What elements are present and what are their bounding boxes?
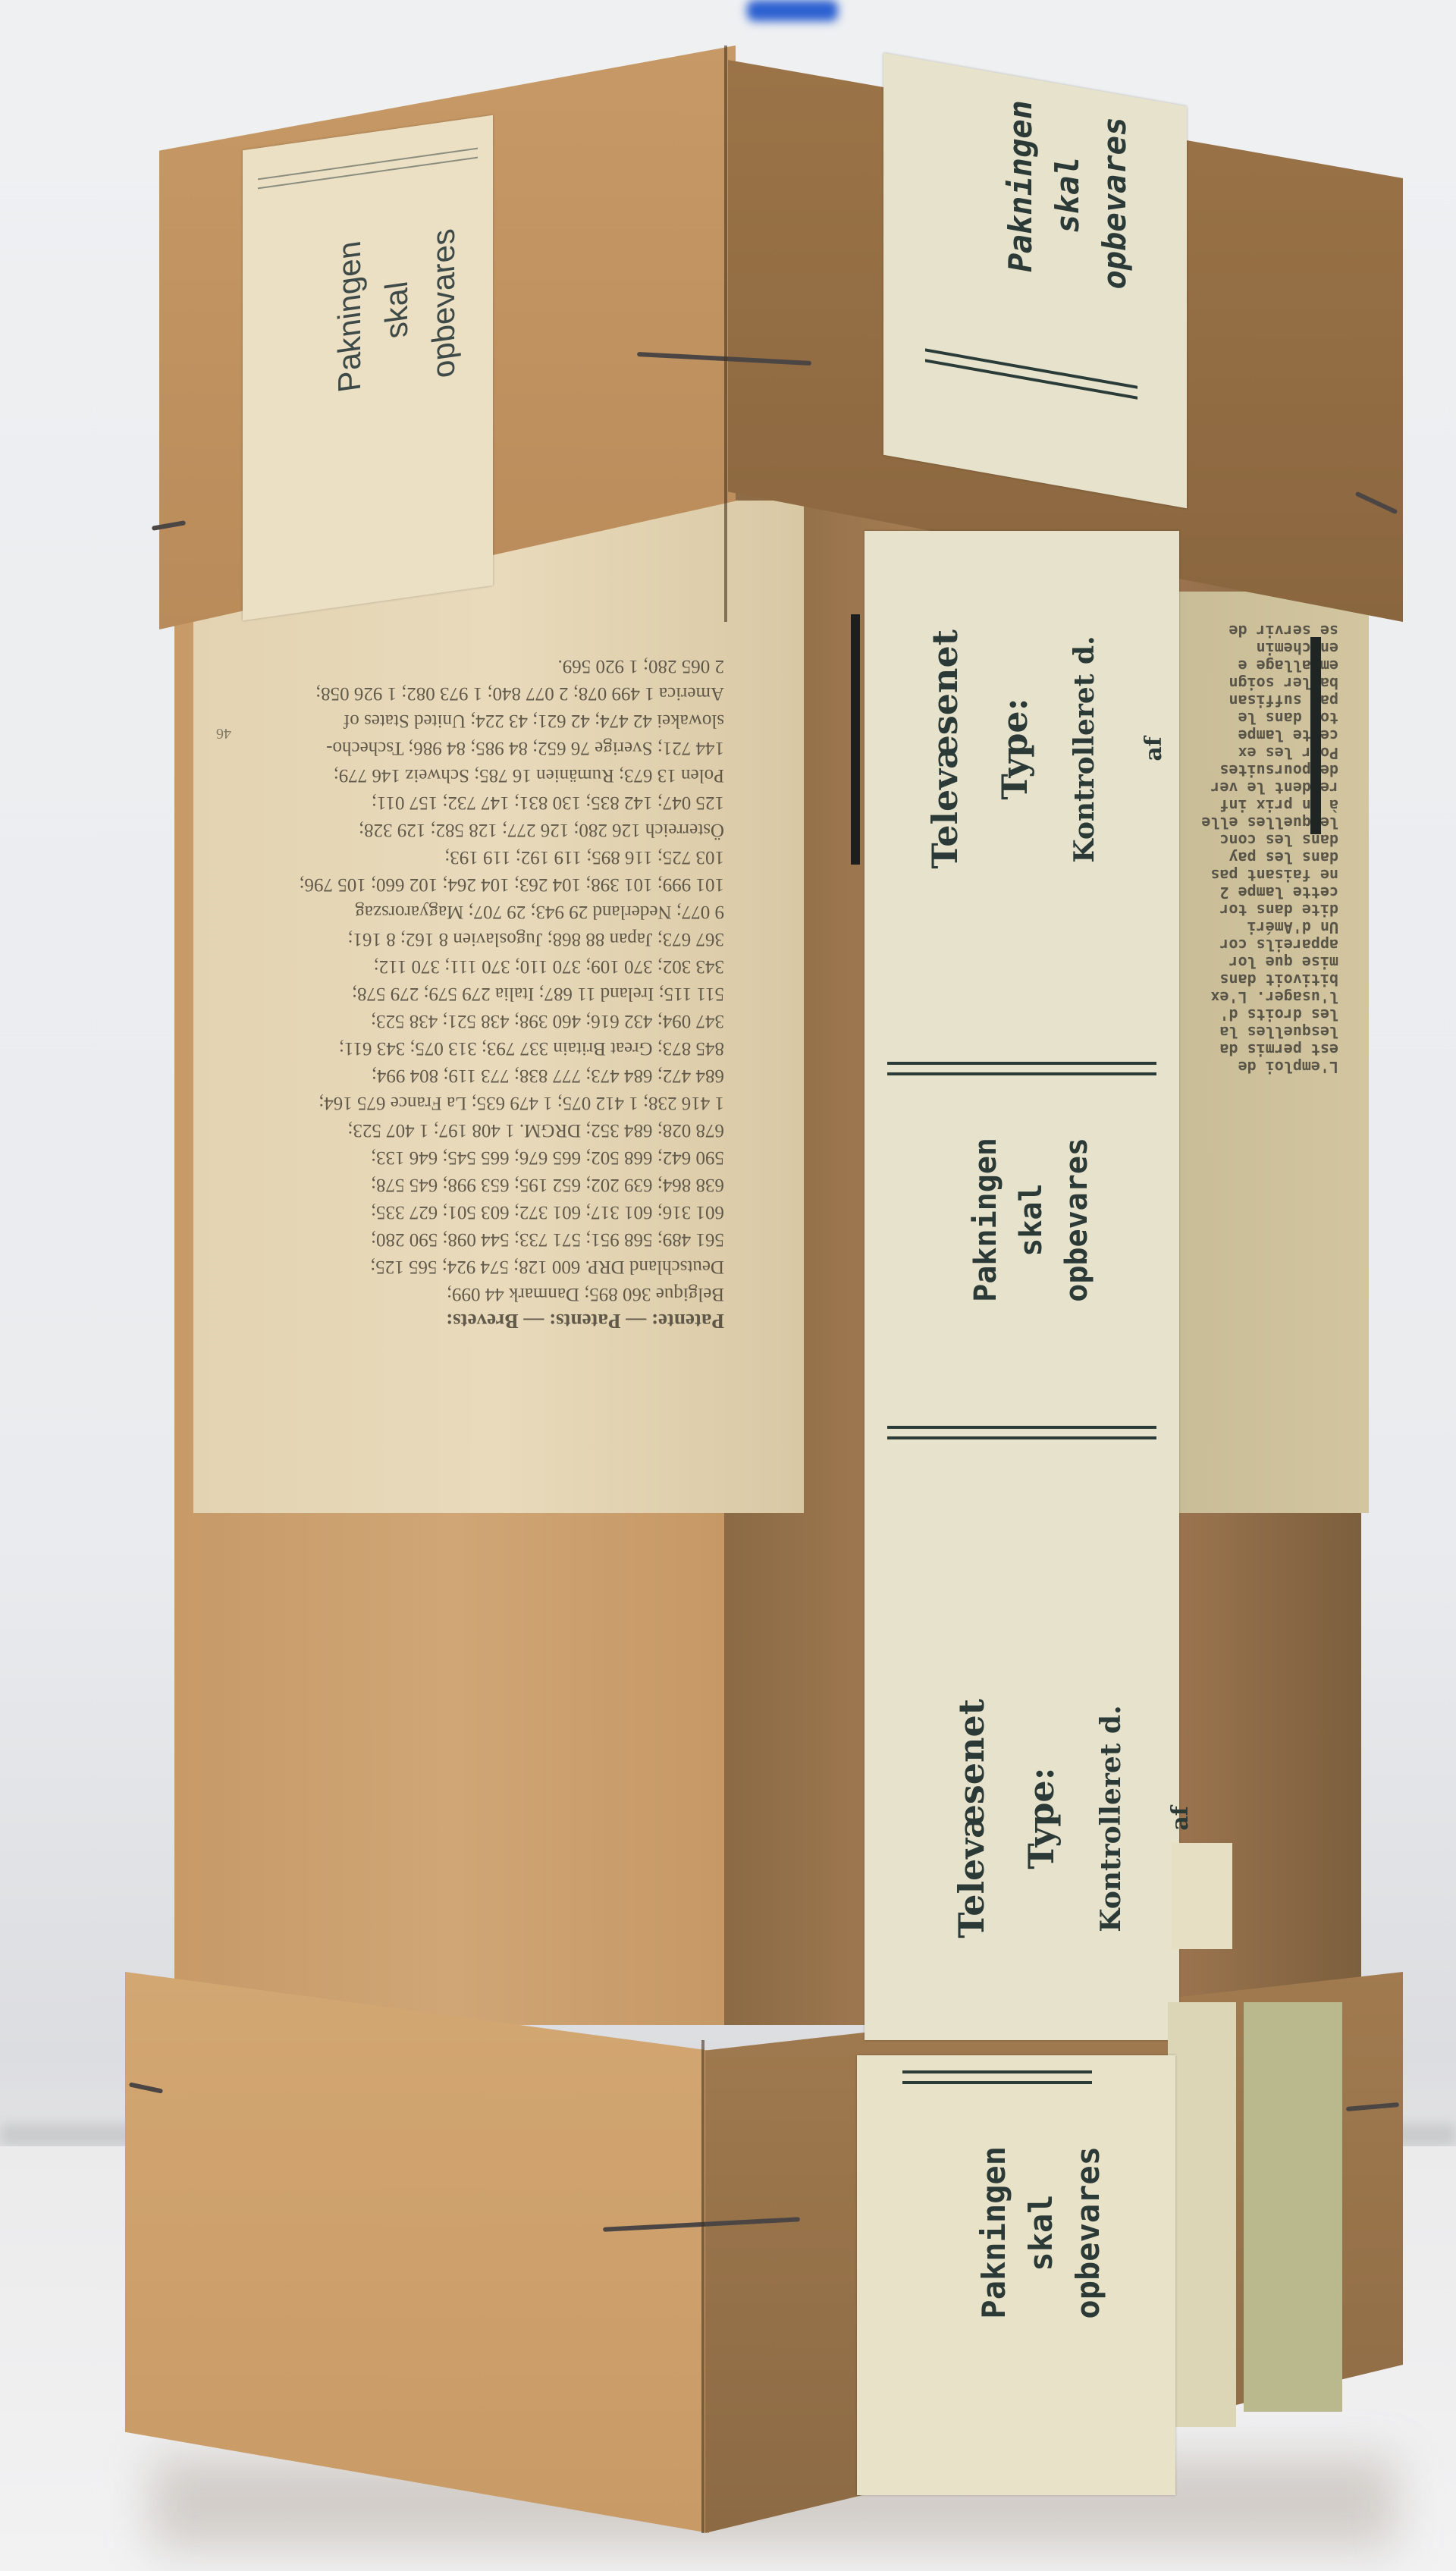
tape-label-top-right: Pakningen skal opbevares <box>883 53 1187 509</box>
french-line: L'emploi de <box>1202 1058 1338 1075</box>
french-line: dans les pay <box>1202 849 1338 866</box>
storage-notice: Pakningen skal opbevares <box>326 225 467 396</box>
label-line: opbevares <box>1054 1138 1100 1302</box>
televaesenet-title: Televæsenet <box>937 1699 1006 1938</box>
checked-field: Kontrolleret d. <box>1076 1699 1146 1938</box>
patent-line: Deutschland DRP. 600 128; 574 924; 565 1… <box>254 1253 724 1280</box>
storage-notice: Pakningen skal opbevares <box>971 2146 1112 2319</box>
patent-line: 347 094; 432 616; 460 398; 438 521; 438 … <box>254 1007 724 1034</box>
label-line: Pakningen <box>326 238 373 395</box>
patent-line: 511 115; Ireland 11 687; Italia 279 579;… <box>254 980 724 1007</box>
double-rule <box>887 1426 1156 1439</box>
by-field: af <box>1119 629 1189 869</box>
tape-label-bottom: Pakningen skal opbevares <box>857 2055 1175 2495</box>
torn-tape-fragment <box>1168 2002 1236 2427</box>
double-rule <box>258 148 478 190</box>
page-number: 46 <box>216 724 231 742</box>
checked-field: Kontrolleret d. <box>1050 629 1119 869</box>
blue-object-background <box>747 0 838 21</box>
french-line: mise que lor <box>1202 953 1338 971</box>
box-corner-edge <box>724 46 727 622</box>
label-line: opbevares <box>1091 112 1138 294</box>
patent-line: 678 028; 684 352; DRGM. 1 408 197; 1 407… <box>254 1116 724 1144</box>
televaesenet-label-upper: Televæsenet Type: Kontrolleret d. af <box>910 629 1189 869</box>
patent-line: 1 416 238; 1 412 075; 1 479 635; La Fran… <box>254 1089 724 1116</box>
type-field: Type: <box>1006 1699 1076 1938</box>
patent-line: Belgique 360 895; Danmark 44 099; <box>254 1280 724 1307</box>
patent-line: slowakei 42 474; 42 621; 43 224; United … <box>254 707 724 734</box>
french-line: cette lampe 2 <box>1202 884 1338 901</box>
torn-tape-fragment <box>1172 1843 1232 1949</box>
label-line: skal <box>1018 2146 1065 2319</box>
patent-list: Patente: — Patents: — Brevets: Belgique … <box>254 652 724 1335</box>
tape-label-top-left: Pakningen skal opbevares <box>243 115 493 620</box>
black-rule <box>1310 637 1321 834</box>
french-line: bitivoit dans <box>1202 971 1338 988</box>
black-rule <box>851 614 860 865</box>
patent-line: Polen 13 673; Rumänien 16 785; Schweiz 1… <box>254 761 724 789</box>
storage-notice: Pakningen skal opbevares <box>963 1138 1100 1302</box>
label-line: opbevares <box>1065 2146 1112 2319</box>
patent-line: 845 873; Great Britain 337 793; 313 075;… <box>254 1034 724 1062</box>
french-line: est permis da <box>1202 1041 1338 1058</box>
box-corner-edge <box>701 2040 704 2533</box>
french-line: appareils cor <box>1202 936 1338 953</box>
double-rule <box>902 2070 1092 2084</box>
patent-heading: Patente: — Patents: — Brevets: <box>254 1307 724 1335</box>
patent-line: 9 077; Nederland 29 943; 29 707; Magyaro… <box>254 898 724 925</box>
label-line: Pakningen <box>971 2146 1018 2319</box>
patent-line: 638 864; 639 202; 652 195; 653 998; 645 … <box>254 1171 724 1198</box>
double-rule <box>925 348 1137 399</box>
label-line: skal <box>1009 1138 1054 1302</box>
patent-line: 101 999; 101 398; 104 263; 104 264; 102 … <box>254 871 724 898</box>
patent-line: 343 302; 370 109; 370 110; 370 111; 370 … <box>254 953 724 980</box>
patent-line: America 1 499 078; 2 077 840; 1 973 082;… <box>254 680 724 707</box>
patent-line: 2 065 280; 1 920 569. <box>254 652 724 680</box>
patent-line: 125 047; 142 835; 130 831; 147 732; 157 … <box>254 789 724 816</box>
french-clipping: L'emploi de est permis da lesquelles la … <box>1179 592 1369 1513</box>
patent-line: Österreich 126 280; 126 277; 128 582; 12… <box>254 816 724 843</box>
storage-notice: Pakningen skal opbevares <box>997 96 1138 293</box>
label-line: Pakningen <box>963 1138 1009 1302</box>
patent-line: 590 642; 668 502; 665 676; 665 545; 646 … <box>254 1144 724 1171</box>
patent-line: 601 316; 601 317; 601 372; 603 501; 627 … <box>254 1198 724 1226</box>
label-line: skal <box>1044 104 1091 285</box>
french-line: les droits d' <box>1202 1006 1338 1023</box>
patent-line: 144 721; Sverige 76 652; 84 985; 84 986;… <box>254 734 724 761</box>
french-line: ne faisant pas <box>1202 866 1338 884</box>
patent-line: 103 725; 116 895; 119 192; 119 193; <box>254 843 724 871</box>
double-rule <box>887 1062 1156 1075</box>
french-line: dite dans tor <box>1202 901 1338 918</box>
patent-line: 561 489; 568 951; 571 733; 544 098; 590 … <box>254 1226 724 1253</box>
french-line: l'usager. L'ex <box>1202 988 1338 1006</box>
french-line: lesquelles la <box>1202 1023 1338 1041</box>
patent-line: 684 472; 684 473; 777 838; 773 119; 804 … <box>254 1062 724 1089</box>
label-line: Pakningen <box>997 96 1044 277</box>
tape-label-main: Televæsenet Type: Kontrolleret d. af Pak… <box>864 531 1179 2040</box>
french-line: Un d'Améri <box>1202 918 1338 936</box>
televaesenet-title: Televæsenet <box>910 629 980 869</box>
type-field: Type: <box>980 629 1050 869</box>
label-line: skal <box>373 231 420 388</box>
label-line: opbevares <box>420 225 467 382</box>
newspaper-clipping: Patente: — Patents: — Brevets: Belgique … <box>193 501 804 1513</box>
patent-line: 367 673; Japan 88 868; Jugoslavien 8 162… <box>254 925 724 953</box>
torn-tape-fragment <box>1244 2002 1342 2412</box>
